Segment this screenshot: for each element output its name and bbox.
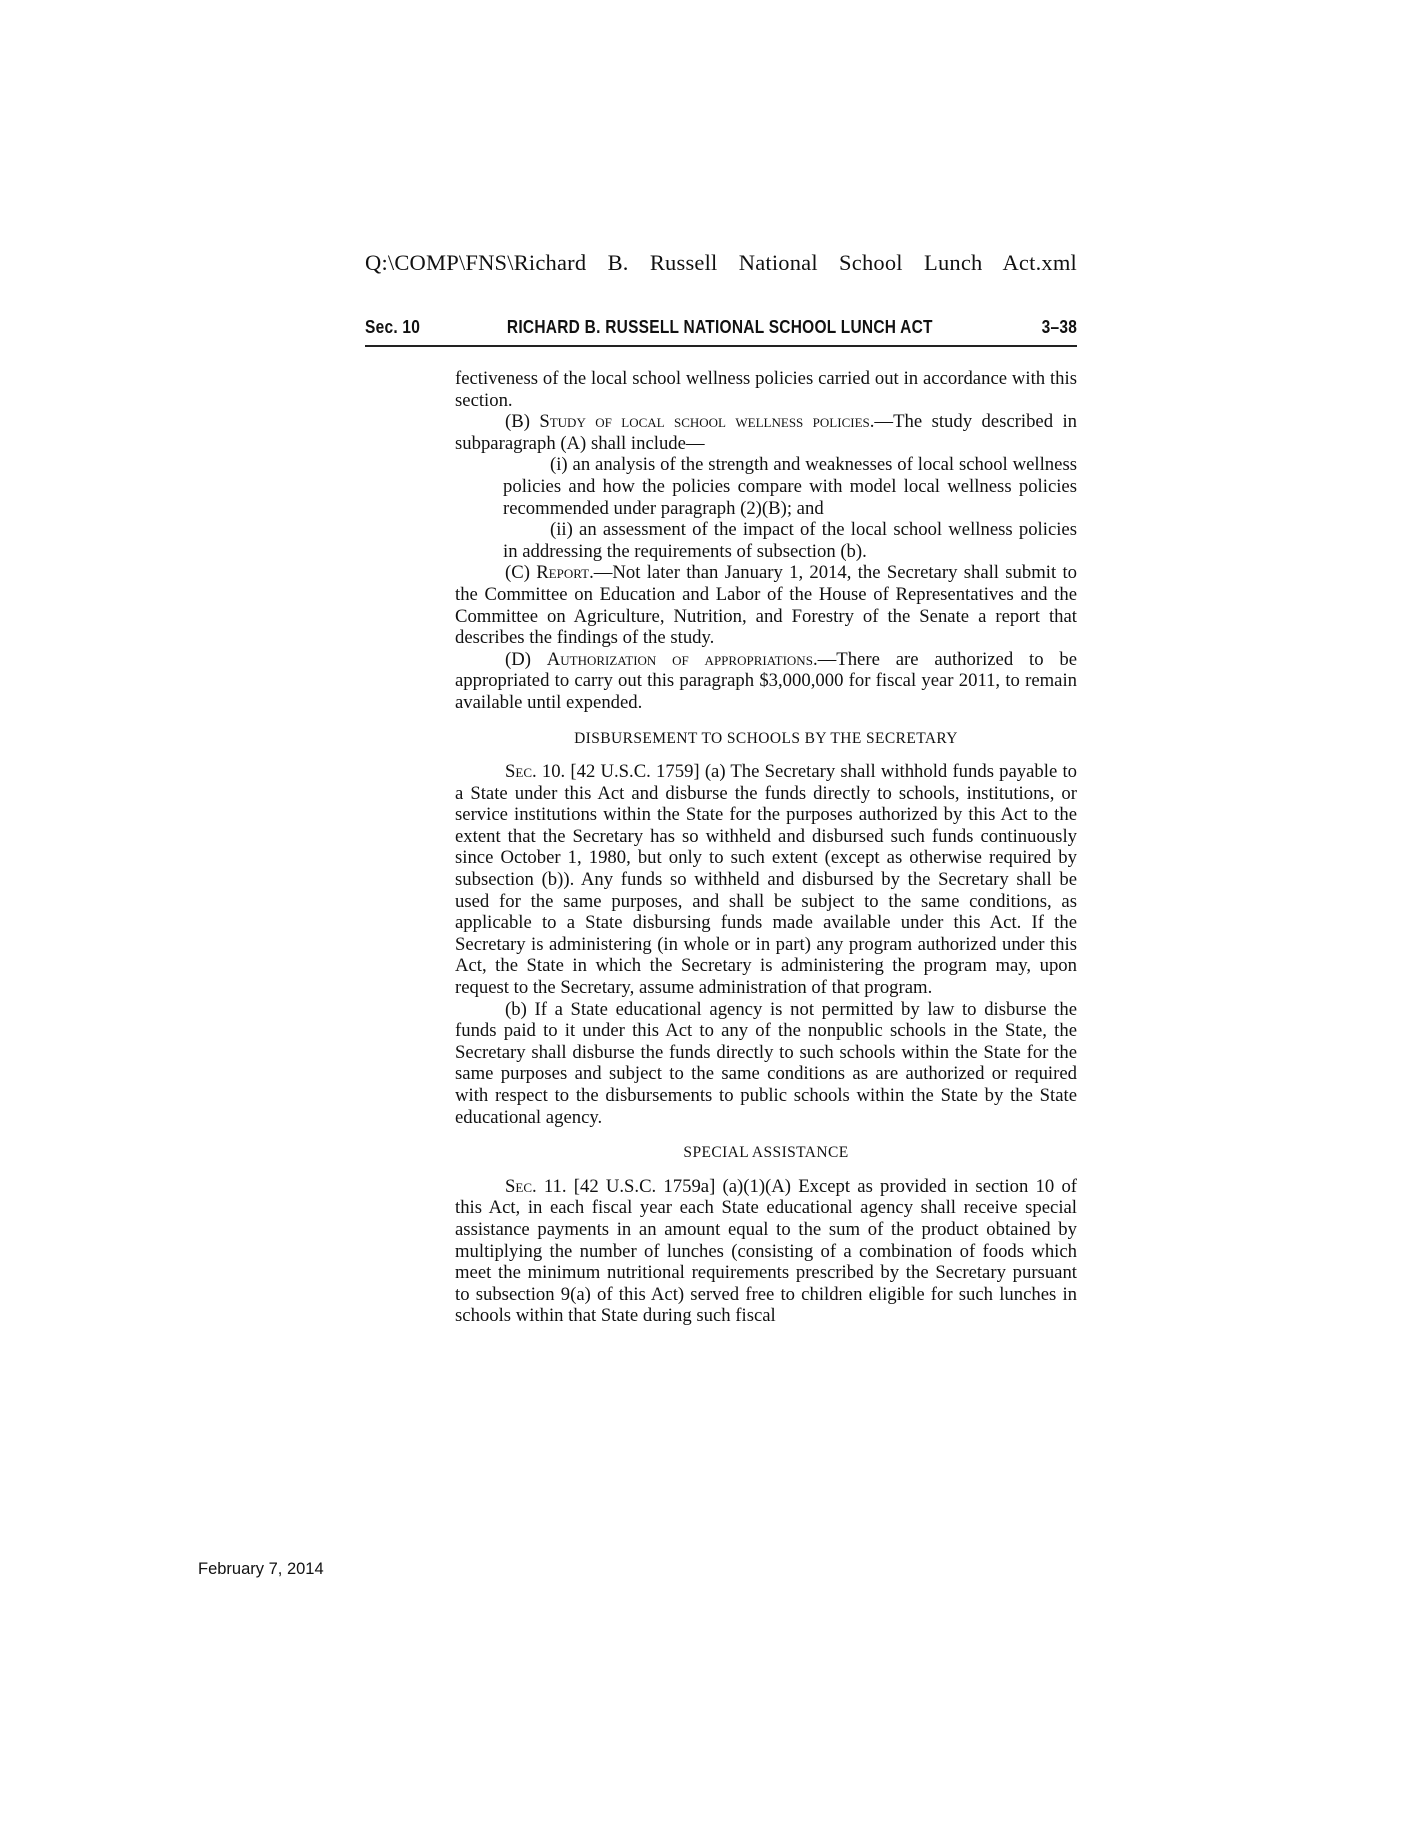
paragraph-heading: Authorization of appropriations	[547, 649, 813, 670]
section-text: (a) The Secretary shall withhold funds p…	[455, 761, 1077, 998]
section-10-b: (b) If a State educational agency is not…	[455, 999, 1077, 1129]
footer-date: February 7, 2014	[198, 1560, 324, 1579]
running-head-section: Sec. 10	[365, 317, 420, 338]
file-path-header: Q:\COMP\FNS\Richard B. Russell National …	[365, 250, 1077, 276]
section-label: Sec. 11.	[505, 1176, 567, 1197]
section-10-a: Sec. 10. [42 U.S.C. 1759] (a) The Secret…	[455, 761, 1077, 999]
running-head: Sec. 10 RICHARD B. RUSSELL NATIONAL SCHO…	[365, 317, 1077, 343]
paragraph-label: (B)	[505, 411, 539, 432]
clause-ii: (ii) an assessment of the impact of the …	[455, 519, 1077, 562]
paragraph-heading: Study of local school wellness policies	[539, 411, 869, 432]
paragraph-label: (D)	[505, 649, 547, 670]
section-heading: SPECIAL ASSISTANCE	[455, 1142, 1077, 1164]
running-head-page-number: 3–38	[1042, 317, 1077, 338]
usc-citation: [42 U.S.C. 1759]	[565, 761, 705, 782]
paragraph-B: (B) Study of local school wellness polic…	[455, 411, 1077, 454]
header-rule	[365, 345, 1077, 347]
section-11: Sec. 11. [42 U.S.C. 1759a] (a)(1)(A) Exc…	[455, 1176, 1077, 1327]
paragraph-D: (D) Authorization of appropriations.—The…	[455, 649, 1077, 714]
paragraph-label: (C)	[505, 562, 536, 583]
section-heading: DISBURSEMENT TO SCHOOLS BY THE SECRETARY	[455, 728, 1077, 750]
running-head-title: RICHARD B. RUSSELL NATIONAL SCHOOL LUNCH…	[507, 317, 933, 338]
section-label: Sec. 10.	[505, 761, 565, 782]
paragraph-C: (C) Report.—Not later than January 1, 20…	[455, 562, 1077, 648]
usc-citation: [42 U.S.C. 1759a]	[567, 1176, 723, 1197]
section-text: (a)(1)(A) Except as provided in section …	[455, 1176, 1077, 1327]
clause-i: (i) an analysis of the strength and weak…	[455, 454, 1077, 519]
document-body: fectiveness of the local school wellness…	[455, 368, 1077, 1327]
paragraph-heading: Report	[536, 562, 589, 583]
paragraph-continuation: fectiveness of the local school wellness…	[455, 368, 1077, 411]
